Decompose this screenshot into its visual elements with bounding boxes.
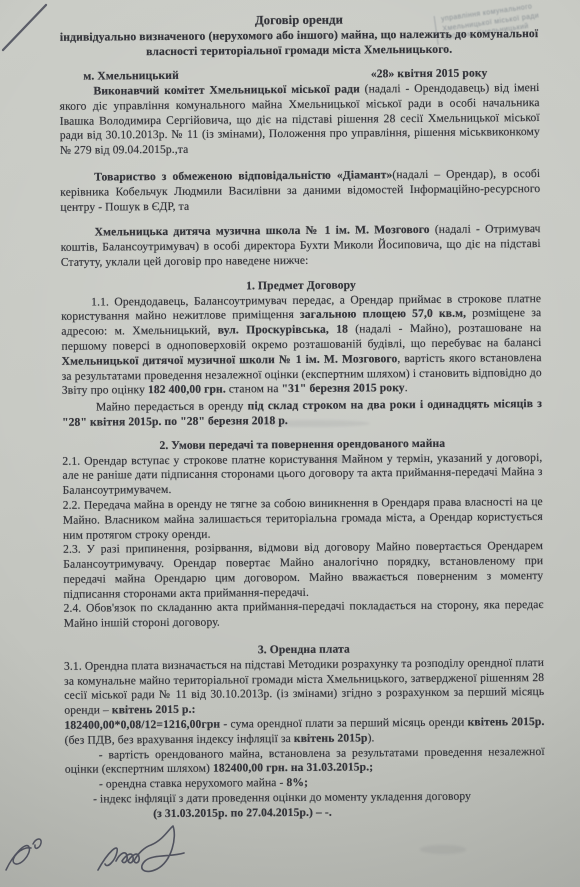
dateline-date: «28» квітня 2015 року <box>371 67 488 83</box>
scanned-contract-page: управління комунального Хмельницької міс… <box>0 0 580 887</box>
paragraph: 182400,00*0,08/12=1216,00грн - сума орен… <box>64 715 544 748</box>
paragraph: Хмельницька дитяча музична школа № 1 ім.… <box>61 222 541 270</box>
paragraph: 1.1. Орендодавець, Балансоутримувач пере… <box>61 292 542 399</box>
paragraph: 2.3. У разі припинення, розірвання, відм… <box>63 539 543 602</box>
dateline-place: м. Хмельницький <box>83 69 179 85</box>
document-body: м. Хмельницький«28» квітня 2015 рокуВико… <box>59 66 545 822</box>
document-subtitle: індивідуально визначеного (нерухомого аб… <box>59 27 539 60</box>
scan-smudge <box>300 455 360 463</box>
scan-smudge <box>420 845 466 854</box>
paragraph: Товариство з обмеженою відповідальністю … <box>60 167 540 215</box>
paragraph: Виконавчий комітет Хмельницької міської … <box>59 81 540 159</box>
document-content: Договір оренди індивідуально визначеного… <box>0 0 580 823</box>
paragraph: 2.2. Передача майна в оренду не тягне за… <box>63 495 543 543</box>
paragraph: - вартість орендованого майна, встановле… <box>65 745 545 778</box>
paragraph: 2.4. Обов'язок по складанню акта прийман… <box>64 598 544 631</box>
handwritten-initials <box>0 824 90 886</box>
scan-smudge <box>250 420 370 427</box>
signature-handwriting <box>86 812 251 887</box>
paragraph: 3.1. Орендна плата визначається на підст… <box>64 656 544 719</box>
